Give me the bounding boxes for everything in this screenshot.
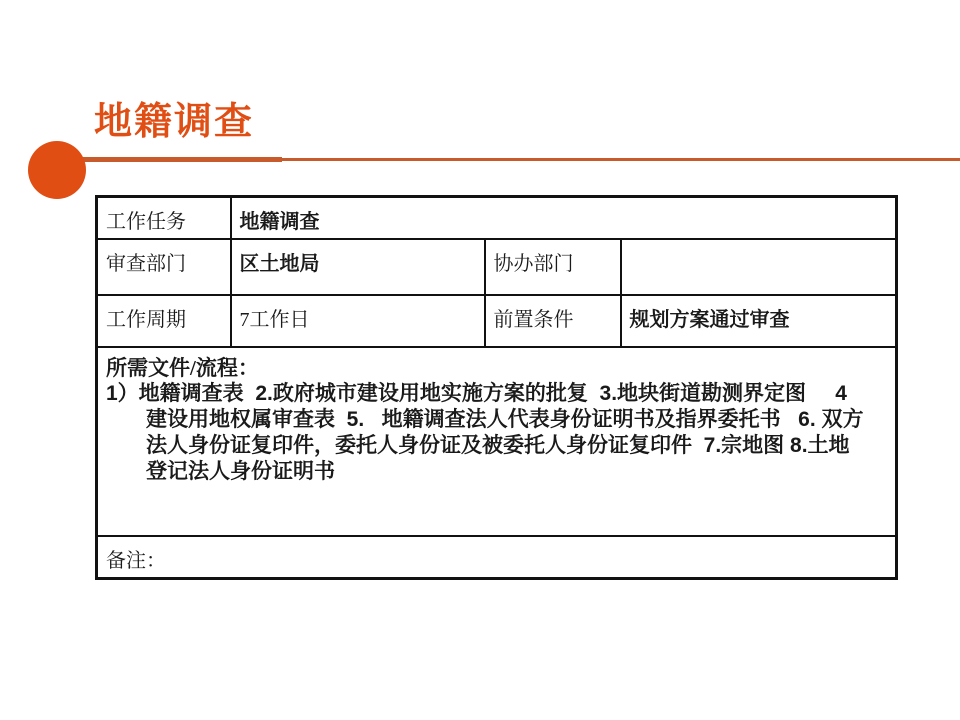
- title-underline-thin: [280, 158, 960, 161]
- review-value-cell: 区土地局: [231, 239, 485, 295]
- assist-label-cell: 协办部门: [485, 239, 621, 295]
- title-underline-thick: [57, 157, 282, 162]
- documents-line-1: 1）地籍调查表 2.政府城市建设用地实施方案的批复 3.地块街道勘测界定图 4: [106, 381, 889, 407]
- documents-line-4: 登记法人身份证明书: [106, 459, 889, 485]
- precondition-value-cell: 规划方案通过审查: [621, 295, 897, 347]
- task-value-cell: 地籍调查: [231, 197, 897, 240]
- task-label-cell: 工作任务: [97, 197, 231, 240]
- page-title: 地籍调查: [94, 100, 254, 146]
- review-label-cell: 审查部门: [97, 239, 231, 295]
- documents-line-3: 法人身份证复印件，委托人身份证及被委托人身份证复印件 7.宗地图 8.土地: [106, 433, 889, 459]
- cycle-value-cell: 7工作日: [231, 295, 485, 347]
- table-row-cycle: 工作周期 7工作日 前置条件 规划方案通过审查: [97, 295, 897, 347]
- documents-heading: 所需文件/流程：: [106, 355, 889, 381]
- cycle-label-cell: 工作周期: [97, 295, 231, 347]
- info-table: 工作任务 地籍调查 审查部门 区土地局 协办部门 工作周期 7工作日 前置条件 …: [95, 195, 898, 580]
- precondition-label-cell: 前置条件: [485, 295, 621, 347]
- accent-circle: [28, 141, 86, 199]
- table-row-notes: 备注：: [97, 536, 897, 579]
- slide-canvas: 地籍调查 工作任务 地籍调查 审查部门 区土地局 协办部门 工作周期 7工作日 …: [0, 0, 960, 720]
- documents-line-2: 建设用地权属审查表 5. 地籍调查法人代表身份证明书及指界委托书 6. 双方: [106, 407, 889, 433]
- documents-cell: 所需文件/流程： 1）地籍调查表 2.政府城市建设用地实施方案的批复 3.地块街…: [97, 347, 897, 536]
- table-row-task: 工作任务 地籍调查: [97, 197, 897, 240]
- table-row-review: 审查部门 区土地局 协办部门: [97, 239, 897, 295]
- assist-value-cell: [621, 239, 897, 295]
- notes-label-cell: 备注：: [97, 536, 897, 579]
- table-row-documents: 所需文件/流程： 1）地籍调查表 2.政府城市建设用地实施方案的批复 3.地块街…: [97, 347, 897, 536]
